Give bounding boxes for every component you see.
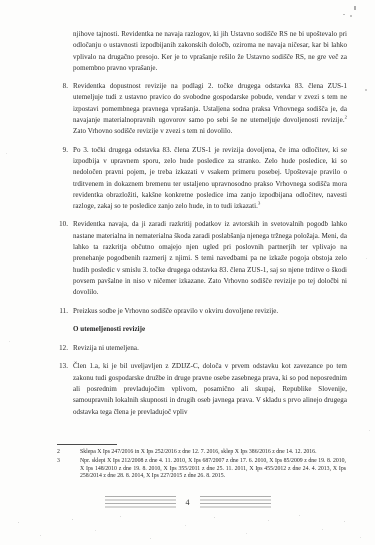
footnote-3: 3 Npr. sklepi X Ips 212/2008 z dne 4. 11… (57, 458, 346, 481)
footnote-ref-3: 3 (258, 201, 260, 206)
footnote-number: 3 (57, 458, 60, 466)
paragraph-number: 8. (63, 81, 68, 92)
page-number: 4 (186, 498, 190, 507)
footnote-text: Npr. sklepi X Ips 212/2008 z dne 4. 11. … (80, 458, 346, 480)
paragraph-text: Člen 1.a, ki je bil uveljavljen z ZDIJZ-… (73, 362, 347, 415)
scan-speck (354, 6, 356, 10)
document-text: njihove tajnosti. Revidentka ne navaja r… (73, 29, 347, 425)
paragraph-text: Po 3. točki drugega odstavka 83. člena Z… (73, 146, 347, 210)
paragraph-text: Revidentka dopustnost revizije na podlag… (73, 82, 347, 124)
scan-speck (343, 14, 345, 15)
paragraph-text: Zato Vrhovno sodišče revizije v zvezi s … (73, 127, 232, 135)
paragraph-number: 10. (59, 219, 68, 230)
paragraph-13: 13. Člen 1.a, ki je bil uveljavljen z ZD… (73, 361, 347, 417)
document-page: njihove tajnosti. Revidentka ne navaja r… (0, 0, 375, 545)
paragraph-12: 12. Revizija ni utemeljena. (73, 343, 347, 354)
footnotes-section: 2 Sklepa X Ips 247/2016 in X Ips 252/201… (57, 444, 346, 482)
paragraph-text: njihove tajnosti. Revidentka ne navaja r… (73, 30, 347, 72)
paragraph-continuation: njihove tajnosti. Revidentka ne navaja r… (73, 29, 347, 74)
footnote-number: 2 (57, 449, 60, 457)
footnote-text: Sklepa X Ips 247/2016 in X Ips 252/2016 … (80, 449, 317, 455)
paragraph-10: 10. Revidentka navaja, da ji zaradi razk… (73, 219, 347, 298)
paragraph-11: 11. Preizkus sodbe je Vrhovno sodišče op… (73, 306, 347, 317)
scan-speck (365, 89, 367, 91)
scan-noise (0, 0, 1, 1)
footnote-2: 2 Sklepa X Ips 247/2016 in X Ips 252/201… (57, 449, 346, 457)
redacted-stamp-right (200, 496, 271, 509)
section-heading: O utemeljenosti revizije (73, 324, 347, 335)
footnote-ref-2: 2 (345, 115, 347, 120)
paragraph-number: 13. (59, 361, 68, 372)
scan-speck (350, 15, 352, 17)
paragraph-number: 9. (63, 145, 68, 156)
footnote-separator (57, 444, 117, 445)
paragraph-8: 8. Revidentka dopustnost revizije na pod… (73, 81, 347, 137)
paragraph-number: 11. (59, 306, 68, 317)
paragraph-number: 12. (59, 343, 68, 354)
page-footer: 4 (0, 494, 375, 510)
redacted-stamp-left (105, 496, 176, 509)
paragraph-text: Revidentka navaja, da ji zaradi razkriti… (73, 220, 347, 296)
paragraph-text: Preizkus sodbe je Vrhovno sodišče opravi… (73, 307, 278, 315)
paragraph-9: 9. Po 3. točki drugega odstavka 83. člen… (73, 145, 347, 213)
paragraph-text: Revizija ni utemeljena. (73, 344, 139, 352)
